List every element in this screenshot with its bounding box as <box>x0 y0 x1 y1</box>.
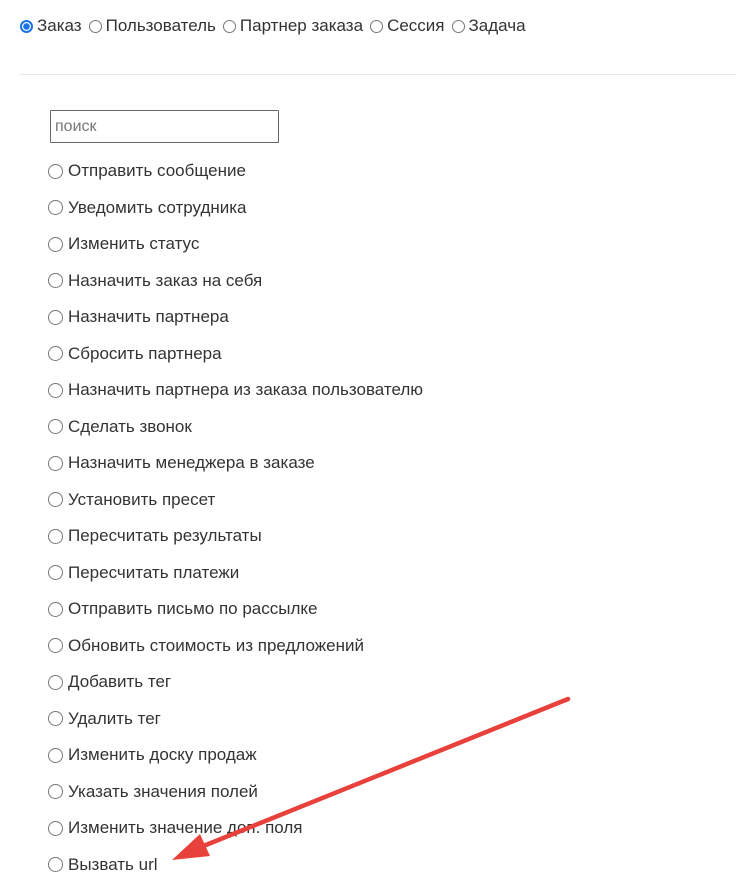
action-option[interactable]: Удалить тег <box>48 701 423 738</box>
action-option[interactable]: Вызвать url <box>48 847 423 881</box>
radio-icon[interactable] <box>48 638 63 653</box>
radio-icon[interactable] <box>48 675 63 690</box>
radio-icon[interactable] <box>48 200 63 215</box>
radio-icon[interactable] <box>48 492 63 507</box>
entity-option-label: Партнер заказа <box>240 16 363 36</box>
action-option[interactable]: Изменить значение доп. поля <box>48 810 423 847</box>
entity-option-label: Задача <box>469 16 526 36</box>
divider <box>20 74 736 75</box>
radio-icon[interactable] <box>48 383 63 398</box>
entity-option-user[interactable]: Пользователь <box>89 16 216 36</box>
action-option-label: Добавить тег <box>68 672 171 692</box>
action-option-label: Сбросить партнера <box>68 344 222 364</box>
action-option[interactable]: Отправить сообщение <box>48 153 423 190</box>
entity-option-order[interactable]: Заказ <box>20 16 82 36</box>
radio-icon[interactable] <box>370 20 383 33</box>
radio-icon[interactable] <box>48 565 63 580</box>
entity-option-label: Сессия <box>387 16 444 36</box>
radio-checked-icon[interactable] <box>20 20 33 33</box>
entity-option-order-partner[interactable]: Партнер заказа <box>223 16 363 36</box>
radio-icon[interactable] <box>48 237 63 252</box>
search-input[interactable] <box>50 110 279 143</box>
radio-icon[interactable] <box>452 20 465 33</box>
radio-icon[interactable] <box>48 784 63 799</box>
entity-option-task[interactable]: Задача <box>452 16 526 36</box>
action-option-label: Удалить тег <box>68 709 161 729</box>
action-option[interactable]: Назначить заказ на себя <box>48 263 423 300</box>
action-option-label: Отправить письмо по рассылке <box>68 599 317 619</box>
action-option[interactable]: Установить пресет <box>48 482 423 519</box>
radio-icon[interactable] <box>48 821 63 836</box>
radio-icon[interactable] <box>48 529 63 544</box>
action-option-label: Вызвать url <box>68 855 158 875</box>
radio-icon[interactable] <box>48 748 63 763</box>
entity-option-label: Заказ <box>37 16 82 36</box>
radio-icon[interactable] <box>89 20 102 33</box>
action-option[interactable]: Указать значения полей <box>48 774 423 811</box>
radio-icon[interactable] <box>48 857 63 872</box>
radio-icon[interactable] <box>48 310 63 325</box>
entity-type-radio-group: Заказ Пользователь Партнер заказа Сессия… <box>20 16 533 36</box>
action-option-label: Отправить сообщение <box>68 161 246 181</box>
action-option[interactable]: Пересчитать платежи <box>48 555 423 592</box>
radio-icon[interactable] <box>48 164 63 179</box>
action-option[interactable]: Пересчитать результаты <box>48 518 423 555</box>
action-option[interactable]: Обновить стоимость из предложений <box>48 628 423 665</box>
entity-option-label: Пользователь <box>106 16 216 36</box>
action-option-label: Указать значения полей <box>68 782 258 802</box>
action-option-label: Изменить доску продаж <box>68 745 257 765</box>
action-option[interactable]: Назначить менеджера в заказе <box>48 445 423 482</box>
action-option-label: Изменить значение доп. поля <box>68 818 302 838</box>
action-option[interactable]: Изменить статус <box>48 226 423 263</box>
action-option-label: Уведомить сотрудника <box>68 198 247 218</box>
action-option-label: Назначить партнера из заказа пользовател… <box>68 380 423 400</box>
radio-icon[interactable] <box>48 346 63 361</box>
action-list: Отправить сообщениеУведомить сотрудникаИ… <box>48 153 423 881</box>
action-option-label: Пересчитать результаты <box>68 526 262 546</box>
action-option[interactable]: Сбросить партнера <box>48 336 423 373</box>
action-option[interactable]: Добавить тег <box>48 664 423 701</box>
action-option[interactable]: Назначить партнера <box>48 299 423 336</box>
action-option-label: Пересчитать платежи <box>68 563 239 583</box>
action-option-label: Назначить партнера <box>68 307 229 327</box>
action-option[interactable]: Назначить партнера из заказа пользовател… <box>48 372 423 409</box>
action-option[interactable]: Изменить доску продаж <box>48 737 423 774</box>
radio-icon[interactable] <box>48 711 63 726</box>
radio-icon[interactable] <box>48 456 63 471</box>
action-option-label: Установить пресет <box>68 490 215 510</box>
action-option-label: Сделать звонок <box>68 417 192 437</box>
action-option-label: Изменить статус <box>68 234 199 254</box>
action-option[interactable]: Сделать звонок <box>48 409 423 446</box>
radio-icon[interactable] <box>48 419 63 434</box>
radio-icon[interactable] <box>48 273 63 288</box>
action-option-label: Обновить стоимость из предложений <box>68 636 364 656</box>
radio-icon[interactable] <box>223 20 236 33</box>
action-option-label: Назначить менеджера в заказе <box>68 453 315 473</box>
entity-option-session[interactable]: Сессия <box>370 16 444 36</box>
action-option-label: Назначить заказ на себя <box>68 271 262 291</box>
radio-icon[interactable] <box>48 602 63 617</box>
action-option[interactable]: Уведомить сотрудника <box>48 190 423 227</box>
action-option[interactable]: Отправить письмо по рассылке <box>48 591 423 628</box>
